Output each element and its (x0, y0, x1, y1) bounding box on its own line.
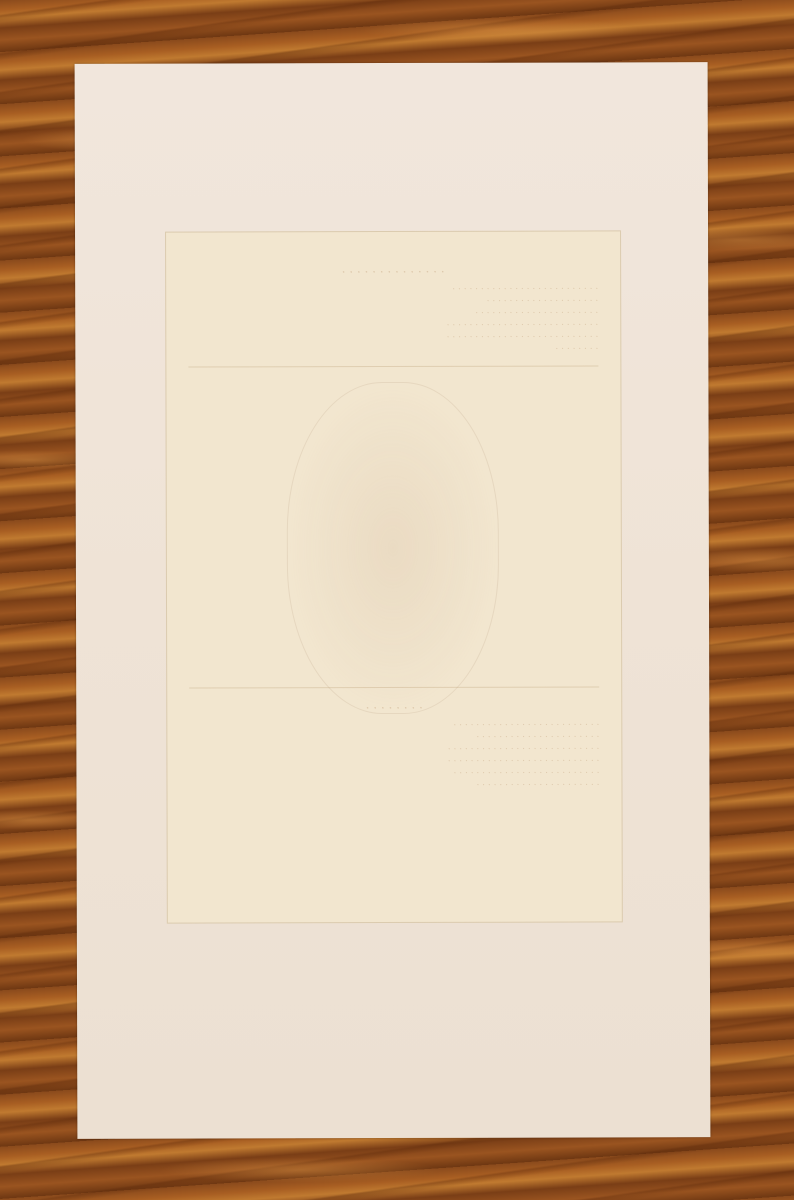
plate-mark: · · · · · · · · · · · · · · · · · · · · … (165, 230, 623, 923)
showthrough-lower-title: · · · · · · · · (189, 701, 599, 714)
spacer (188, 376, 599, 677)
showthrough-line: · · · · · · · · · · · · · · · · · · · · … (188, 319, 598, 332)
showthrough-line: · · · · · · · · (188, 343, 598, 356)
showthrough-line: · · · · · · · · · · · · · · · · · · · · … (188, 283, 598, 296)
divider (188, 365, 598, 367)
paper-sheet: · · · · · · · · · · · · · · · · · · · · … (75, 62, 711, 1139)
showthrough-line: · · · · · · · · · · · · · · · · · · · · (188, 295, 598, 308)
mirrored-text-showthrough: · · · · · · · · · · · · · · · · · · · · … (166, 231, 622, 922)
showthrough-line: · · · · · · · · · · · · · · · · · · · · … (189, 743, 599, 756)
showthrough-line: · · · · · · · · · · · · · · · · · · · · … (188, 331, 598, 344)
showthrough-line: · · · · · · · · · · · · · · · · · · · · … (189, 719, 599, 732)
showthrough-line: · · · · · · · · · · · · · · · · · · · · … (189, 731, 599, 744)
showthrough-title: · · · · · · · · · · · · · · (188, 265, 598, 278)
divider (189, 686, 599, 688)
showthrough-line: · · · · · · · · · · · · · · · · · · · · … (189, 755, 599, 768)
showthrough-line: · · · · · · · · · · · · · · · · · · · · … (189, 767, 599, 780)
showthrough-line: · · · · · · · · · · · · · · · · · · · · … (189, 779, 599, 792)
showthrough-line: · · · · · · · · · · · · · · · · · · · · … (188, 307, 598, 320)
